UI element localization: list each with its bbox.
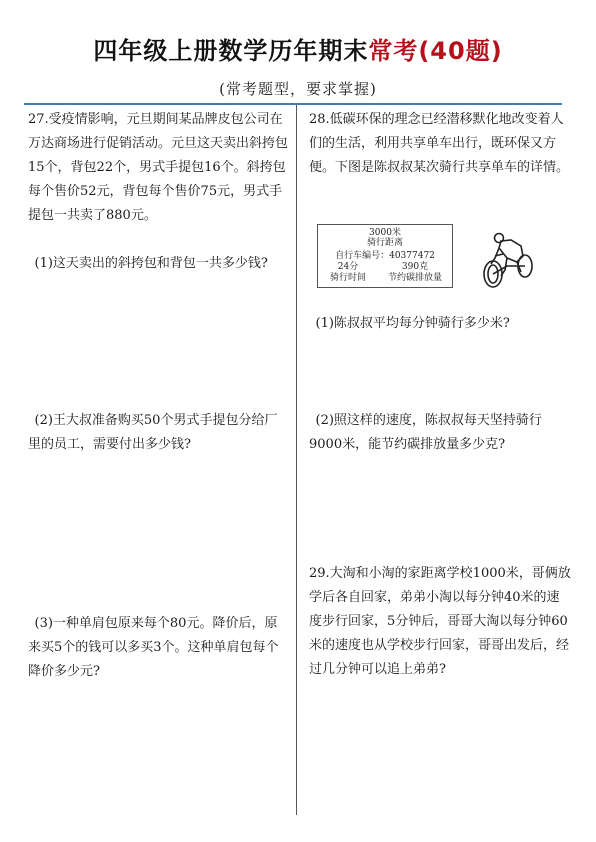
question-29-stem: 29.大淘和小淘的家距离学校1000米，哥俩放学后各自回家，弟弟小淘以每分钟40… [309, 562, 571, 682]
bike-id: 自行车编号：40377472 [318, 251, 452, 262]
question-28-part-1: (1)陈叔叔平均每分钟骑行多少米? [309, 312, 571, 336]
carbon-saved-value: 390克 [380, 262, 450, 273]
question-27-stem: 27.受疫情影响，元旦期间某品牌皮包公司在万达商场进行促销活动。元旦这天卖出斜挎… [28, 108, 290, 228]
page-subtitle: (常考题型，要求掌握) [0, 79, 596, 99]
question-27-part-3: (3)一种单肩包原来每个80元。降价后，原来买5个的钱可以多买3个。这种单肩包每… [28, 612, 290, 684]
carbon-saved-label: 节约碳排放量 [380, 273, 450, 284]
cyclist-icon [477, 228, 547, 290]
column-divider [296, 105, 297, 815]
question-28-part-2: (2)照这样的速度，陈叔叔每天坚持骑行9000米，能节约碳排放量多少克? [309, 409, 571, 457]
ride-details-card: 3000米 骑行距离 自行车编号：40377472 24分 390克 骑行时间 … [317, 224, 453, 288]
ride-distance-value: 3000米 [318, 228, 452, 239]
title-accent: 常考(40题) [368, 37, 502, 65]
page-title: 四年级上册数学历年期末常考(40题) [0, 36, 596, 66]
question-27-part-1: (1)这天卖出的斜挎包和背包一共多少钱? [28, 252, 290, 276]
question-28-stem: 28.低碳环保的理念已经潜移默化地改变着人们的生活，利用共享单车出行，既环保又方… [309, 108, 571, 180]
ride-distance-label: 骑行距离 [318, 238, 452, 249]
ride-time-value: 24分 [322, 262, 374, 273]
title-main: 四年级上册数学历年期末 [93, 37, 368, 65]
header-rule [24, 103, 562, 105]
ride-time-label: 骑行时间 [322, 273, 374, 284]
question-27-part-2: (2)王大叔准备购买50个男式手提包分给厂里的员工，需要付出多少钱? [28, 409, 290, 457]
